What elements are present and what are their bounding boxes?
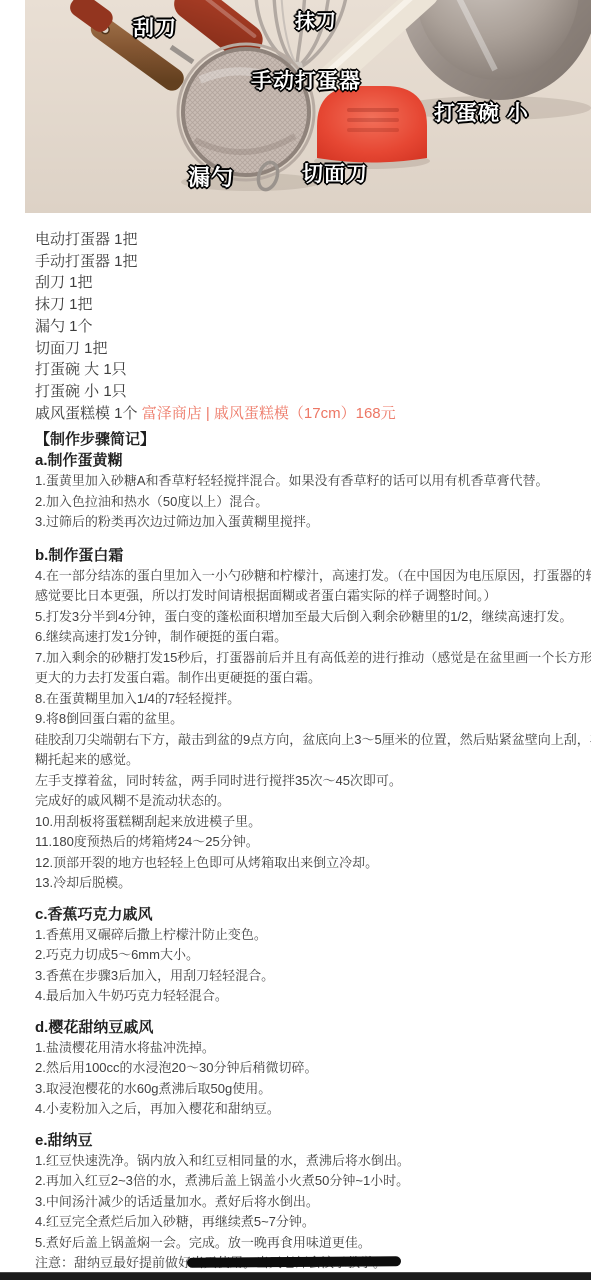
- photo-label-mixing-bowl: 打蛋碗 小: [434, 97, 529, 127]
- shop-link[interactable]: 富泽商店 | 戚风蛋糕模（17cm）168元: [142, 405, 396, 422]
- step-line: 2.加入色拉油和热水（50度以上）混合。: [35, 492, 591, 513]
- section-b-heading: b.制作蛋白霜: [35, 545, 591, 566]
- section-d: d.樱花甜纳豆戚风 1.盐渍樱花用清水将盐冲洗掉。 2.然后用100cc的水浸泡…: [35, 1017, 591, 1120]
- step-line: 6.继续高速打发1分钟，制作硬挺的蛋白霜。: [35, 627, 591, 648]
- step-line: 13.冷却后脱模。: [35, 873, 591, 894]
- section-c-heading: c.香蕉巧克力戚风: [35, 904, 591, 925]
- step-line: 1.红豆快速洗净。锅内放入和红豆相同量的水，煮沸后将水倒出。: [35, 1151, 591, 1172]
- step-line: 11.180度预热后的烤箱烤24～25分钟。: [35, 832, 591, 853]
- article-body: 电动打蛋器 1把 手动打蛋器 1把 刮刀 1把 抹刀 1把 漏勺 1个 切面刀 …: [35, 229, 591, 1274]
- step-line: 1.蛋黄里加入砂糖A和香草籽轻轻搅拌混合。如果没有香草籽的话可以用有机香草膏代替…: [35, 471, 591, 492]
- step-line: 感觉要比日本更强，所以打发时间请根据面糊或者蛋白霜实际的样子调整时间。）: [35, 586, 591, 607]
- step-line: 12.顶部开裂的地方也轻轻上色即可从烤箱取出来倒立冷却。: [35, 853, 591, 874]
- step-line: 更大的力去打发蛋白霜。制作出更硬挺的蛋白霜。: [35, 668, 591, 689]
- section-c: c.香蕉巧克力戚风 1.香蕉用叉碾碎后撒上柠檬汁防止变色。 2.巧克力切成5～6…: [35, 904, 591, 1007]
- step-line: 9.将8倒回蛋白霜的盆里。: [35, 709, 591, 730]
- tool-item: 漏勺 1个: [35, 316, 591, 338]
- photo-label-scraper: 刮刀: [133, 12, 177, 42]
- recipe-page: 刮刀 抹刀 手动打蛋器 打蛋碗 小 漏勺 切面刀 电动打蛋器 1把 手动打蛋器 …: [0, 0, 591, 1280]
- tool-item: 抹刀 1把: [35, 294, 591, 316]
- step-line: 3.中间汤汁减少的话适量加水。煮好后将水倒出。: [35, 1192, 591, 1213]
- step-line: 硅胶刮刀尖端朝右下方，敲击到盆的9点方向，盆底向上3～5厘米的位置，然后贴紧盆壁…: [35, 730, 591, 751]
- steps-section-title: 【制作步骤简记】: [35, 429, 591, 450]
- step-line: 左手支撑着盆，同时转盆，两手同时进行搅拌35次～45次即可。: [35, 771, 591, 792]
- step-line: 4.最后加入牛奶巧克力轻轻混合。: [35, 986, 591, 1007]
- hand-drawn-underline-marker: [187, 1256, 401, 1267]
- step-line: 完成好的戚风糊不是流动状态的。: [35, 791, 591, 812]
- step-line: 8.在蛋黄糊里加入1/4的7轻轻搅拌。: [35, 689, 591, 710]
- tool-item: 刮刀 1把: [35, 272, 591, 294]
- step-line: 7.加入剩余的砂糖打发15秒后，打蛋器前后并且有高低差的进行推动（感觉是在盆里画…: [35, 648, 591, 669]
- step-line: 3.取浸泡樱花的水60g煮沸后取50g使用。: [35, 1079, 591, 1100]
- step-line: 1.香蕉用叉碾碎后撒上柠檬汁防止变色。: [35, 925, 591, 946]
- step-line: 4.红豆完全煮烂后加入砂糖，再继续煮5~7分钟。: [35, 1212, 591, 1233]
- step-line: 4.在一部分结冻的蛋白里加入一小勺砂糖和柠檬汁，高速打发。（在中国因为电压原因，…: [35, 566, 591, 587]
- step-line: 5.煮好后盖上锅盖焖一会。完成。放一晚再食用味道更佳。: [35, 1233, 591, 1254]
- photo-label-hand-whisk: 手动打蛋器: [251, 65, 361, 95]
- tool-item: 打蛋碗 大 1只: [35, 359, 591, 381]
- photo-label-dough-cutter: 切面刀: [302, 158, 368, 188]
- step-line: 1.盐渍樱花用清水将盐冲洗掉。: [35, 1038, 591, 1059]
- step-line: 4.小麦粉加入之后，再加入樱花和甜纳豆。: [35, 1099, 591, 1120]
- step-line: 3.过筛后的粉类再次边过筛边加入蛋黄糊里搅拌。: [35, 512, 591, 533]
- dough-cutter-shape: [314, 86, 430, 169]
- photo-label-palette-knife: 抹刀: [295, 5, 337, 34]
- bottom-edge-bar: [0, 1272, 591, 1280]
- tool-item-mold: 戚风蛋糕模 1个 富泽商店 | 戚风蛋糕模（17cm）168元: [35, 403, 591, 425]
- step-line: 2.然后用100cc的水浸泡20～30分钟后稍微切碎。: [35, 1058, 591, 1079]
- step-line: 5.打发3分半到4分钟，蛋白变的蓬松面积增加至最大后倒入剩余砂糖里的1/2，继续…: [35, 607, 591, 628]
- step-line: 糊托起来的感觉。: [35, 750, 591, 771]
- tool-item: 切面刀 1把: [35, 338, 591, 360]
- step-line: 2.巧克力切成5～6mm大小。: [35, 945, 591, 966]
- mold-item-text: 戚风蛋糕模 1个: [35, 405, 142, 422]
- step-line: 2.再加入红豆2~3倍的水，煮沸后盖上锅盖小火煮50分钟~1小时。: [35, 1171, 591, 1192]
- section-b: b.制作蛋白霜 4.在一部分结冻的蛋白里加入一小勺砂糖和柠檬汁，高速打发。（在中…: [35, 545, 591, 894]
- tools-list: 电动打蛋器 1把 手动打蛋器 1把 刮刀 1把 抹刀 1把 漏勺 1个 切面刀 …: [35, 229, 591, 424]
- tool-item: 电动打蛋器 1把: [35, 229, 591, 251]
- section-a-heading: a.制作蛋黄糊: [35, 450, 591, 471]
- step-line: 3.香蕉在步骤3后加入，用刮刀轻轻混合。: [35, 966, 591, 987]
- section-d-heading: d.樱花甜纳豆戚风: [35, 1017, 591, 1038]
- tool-item: 手动打蛋器 1把: [35, 251, 591, 273]
- section-e: e.甜纳豆 1.红豆快速洗净。锅内放入和红豆相同量的水，煮沸后将水倒出。 2.再…: [35, 1130, 591, 1274]
- photo-label-strainer: 漏勺: [188, 161, 234, 192]
- tools-photo: 刮刀 抹刀 手动打蛋器 打蛋碗 小 漏勺 切面刀: [25, 0, 591, 213]
- step-line: 10.用刮板将蛋糕糊刮起来放进模子里。: [35, 812, 591, 833]
- section-a: a.制作蛋黄糊 1.蛋黄里加入砂糖A和香草籽轻轻搅拌混合。如果没有香草籽的话可以…: [35, 450, 591, 533]
- section-e-heading: e.甜纳豆: [35, 1130, 591, 1151]
- tool-item: 打蛋碗 小 1只: [35, 381, 591, 403]
